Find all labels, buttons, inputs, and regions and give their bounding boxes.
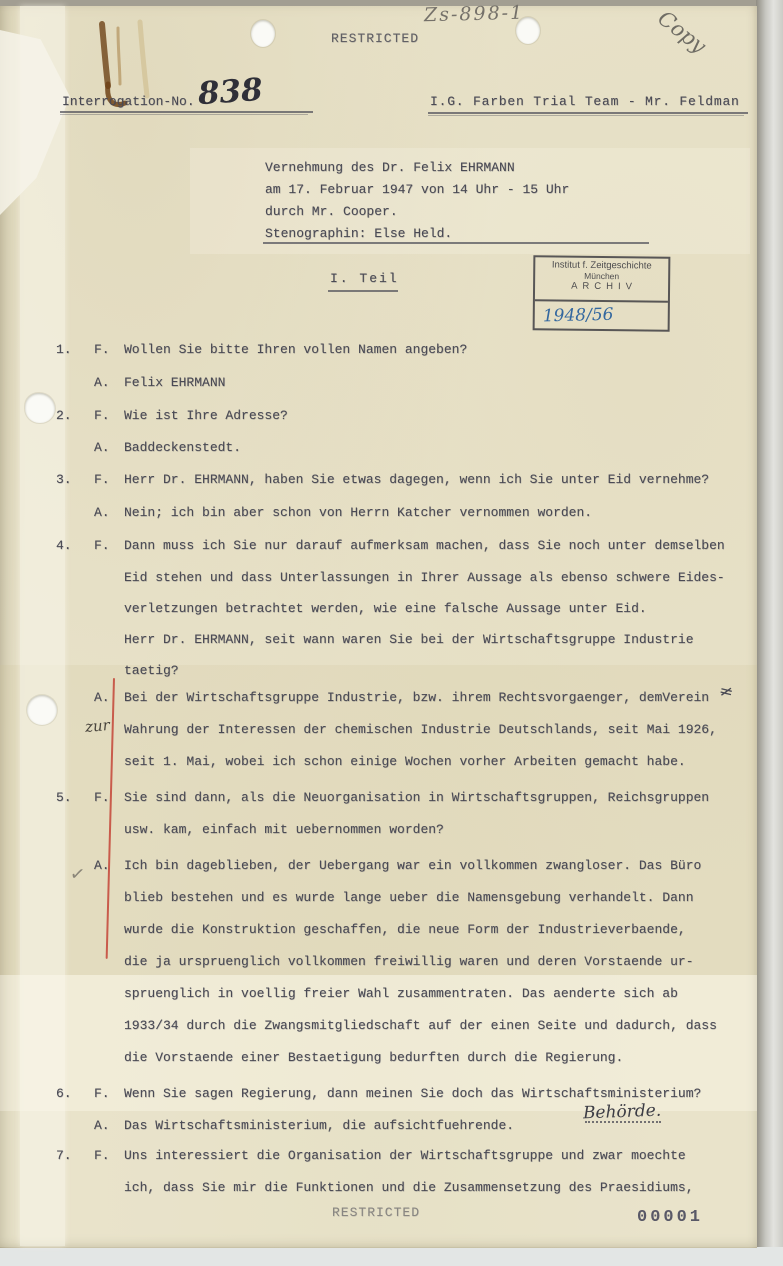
qa-line: 5.F.Sie sind dann, als die Neuorganisati…: [0, 790, 757, 810]
qa-text: seit 1. Mai, wobei ich schon einige Woch…: [124, 754, 686, 769]
qa-text: 1933/34 durch die Zwangsmitgliedschaft a…: [124, 1018, 717, 1033]
qa-item-number: 6.: [56, 1086, 72, 1101]
underline: [263, 242, 649, 244]
handwritten-behoerde: Behörde.: [583, 1101, 662, 1124]
qa-speaker-label: A.: [94, 505, 110, 520]
qa-speaker-label: A.: [94, 375, 110, 390]
qa-text: Uns interessiert die Organisation der Wi…: [124, 1148, 686, 1163]
qa-line: A.Felix EHRMANN: [0, 375, 757, 395]
session-line: am 17. Februar 1947 von 14 Uhr - 15 Uhr: [265, 182, 569, 197]
qa-line: Eid stehen und dass Unterlassungen in Ih…: [0, 570, 757, 590]
qa-text: Baddeckenstedt.: [124, 440, 241, 455]
qa-text: blieb bestehen und es wurde lange ueber …: [124, 890, 694, 905]
session-line: Stenographin: Else Held.: [265, 226, 452, 241]
page-number-stamp: 00001: [637, 1208, 703, 1227]
qa-line: 7.F.Uns interessiert die Organisation de…: [0, 1148, 757, 1168]
qa-speaker-label: F.: [94, 472, 110, 487]
punch-hole: [251, 20, 275, 47]
qa-speaker-label: A.: [94, 440, 110, 455]
qa-line: seit 1. Mai, wobei ich schon einige Woch…: [0, 754, 757, 774]
qa-text: wurde die Konstruktion geschaffen, die n…: [124, 922, 686, 937]
qa-line: blieb bestehen und es wurde lange ueber …: [0, 890, 757, 910]
qa-text: Eid stehen und dass Unterlassungen in Ih…: [124, 570, 725, 585]
qa-line: ich, dass Sie mir die Funktionen und die…: [0, 1180, 757, 1200]
handwritten-archive-number: 1948/56: [535, 300, 669, 326]
qa-line: die ja urspruenglich vollkommen freiwill…: [0, 954, 757, 974]
qa-text: Ich bin dageblieben, der Uebergang war e…: [124, 858, 701, 873]
qa-text: ich, dass Sie mir die Funktionen und die…: [124, 1180, 694, 1195]
qa-line: spruenglich in voellig freier Wahl zusam…: [0, 986, 757, 1006]
scanned-document-screenshot: { "document": { "classification_top": "R…: [0, 0, 783, 1266]
archive-stamp-header: Institut f. Zeitgeschichte München ARCHI…: [535, 257, 668, 302]
session-line: durch Mr. Cooper.: [265, 204, 398, 219]
qa-text: Sie sind dann, als die Neuorganisation i…: [124, 790, 709, 805]
qa-text: Wollen Sie bitte Ihren vollen Namen ange…: [124, 342, 467, 357]
qa-speaker-label: A.: [94, 690, 110, 705]
qa-text: spruenglich in voellig freier Wahl zusam…: [124, 986, 678, 1001]
qa-item-number: 1.: [56, 342, 72, 357]
underline: [60, 111, 313, 113]
qa-text: usw. kam, einfach mit uebernommen worden…: [124, 822, 444, 837]
qa-line: 3.F.Herr Dr. EHRMANN, haben Sie etwas da…: [0, 472, 757, 492]
underline: [60, 114, 308, 115]
qa-item-number: 5.: [56, 790, 72, 805]
underline: [428, 112, 748, 114]
qa-text: Bei der Wirtschaftsgruppe Industrie, bzw…: [124, 690, 709, 705]
qa-item-number: 3.: [56, 472, 72, 487]
archive-stamp-archiv: ARCHIV: [535, 280, 668, 292]
classification-marking-top: RESTRICTED: [331, 31, 419, 46]
qa-text: Felix EHRMANN: [124, 375, 225, 390]
archive-stamp: Institut f. Zeitgeschichte München ARCHI…: [533, 255, 671, 331]
qa-speaker-label: F.: [94, 790, 110, 805]
qa-text: Wahrung der Interessen der chemischen In…: [124, 722, 717, 737]
qa-line: wurde die Konstruktion geschaffen, die n…: [0, 922, 757, 942]
qa-line: A.Nein; ich bin aber schon von Herrn Kat…: [0, 505, 757, 525]
qa-text: taetig?: [124, 663, 179, 678]
underline: [428, 115, 744, 116]
qa-line: 2.F.Wie ist Ihre Adresse?: [0, 408, 757, 428]
handwritten-file-reference: Zs-898-1: [424, 2, 525, 27]
scanner-edge-bottom: [0, 1247, 783, 1266]
qa-item-number: 4.: [56, 538, 72, 553]
qa-speaker-label: F.: [94, 1086, 110, 1101]
session-line: Vernehmung des Dr. Felix EHRMANN: [265, 160, 515, 175]
qa-text: die ja urspruenglich vollkommen freiwill…: [124, 954, 694, 969]
qa-speaker-label: A.: [94, 1118, 110, 1133]
qa-text: die Vorstaende einer Bestaetigung bedurf…: [124, 1050, 623, 1065]
handwritten-margin-insert: zur: [84, 716, 110, 736]
qa-text: Wie ist Ihre Adresse?: [124, 408, 288, 423]
scanner-edge-right: [756, 0, 783, 1266]
qa-item-number: 7.: [56, 1148, 72, 1163]
qa-line: 1933/34 durch die Zwangsmitgliedschaft a…: [0, 1018, 757, 1038]
handwritten-interrogation-number: 838: [197, 72, 264, 112]
qa-speaker-label: F.: [94, 538, 110, 553]
handwritten-checkmark: ✓: [69, 863, 87, 886]
underline: [328, 290, 398, 292]
classification-marking-bottom: RESTRICTED: [332, 1205, 420, 1220]
qa-line: 4.F.Dann muss ich Sie nur darauf aufmerk…: [0, 538, 757, 558]
qa-text: Herr Dr. EHRMANN, seit wann waren Sie be…: [124, 632, 694, 647]
trial-team-header: I.G. Farben Trial Team - Mr. Feldman: [430, 94, 740, 109]
qa-text: Wenn Sie sagen Regierung, dann meinen Si…: [124, 1086, 701, 1101]
qa-speaker-label: F.: [94, 408, 110, 423]
qa-speaker-label: F.: [94, 342, 110, 357]
archive-stamp-institute: Institut f. Zeitgeschichte: [535, 257, 668, 271]
qa-text: Nein; ich bin aber schon von Herrn Katch…: [124, 505, 592, 520]
qa-item-number: 2.: [56, 408, 72, 423]
qa-line: Herr Dr. EHRMANN, seit wann waren Sie be…: [0, 632, 757, 652]
qa-text: Herr Dr. EHRMANN, haben Sie etwas dagege…: [124, 472, 709, 487]
interrogation-number-label: Interrogation-No.: [62, 94, 195, 109]
part-title: I. Teil: [330, 271, 399, 286]
qa-line: die Vorstaende einer Bestaetigung bedurf…: [0, 1050, 757, 1070]
qa-line: verletzungen betrachtet werden, wie eine…: [0, 601, 757, 621]
qa-text: verletzungen betrachtet werden, wie eine…: [124, 601, 647, 616]
qa-line: 1.F.Wollen Sie bitte Ihren vollen Namen …: [0, 342, 757, 362]
qa-text: Dann muss ich Sie nur darauf aufmerksam …: [124, 538, 725, 553]
qa-text: Das Wirtschaftsministerium, die aufsicht…: [124, 1118, 514, 1133]
qa-line: usw. kam, einfach mit uebernommen worden…: [0, 822, 757, 842]
qa-line: A.Ich bin dageblieben, der Uebergang war…: [0, 858, 757, 878]
qa-speaker-label: F.: [94, 1148, 110, 1163]
qa-line: A.Baddeckenstedt.: [0, 440, 757, 460]
